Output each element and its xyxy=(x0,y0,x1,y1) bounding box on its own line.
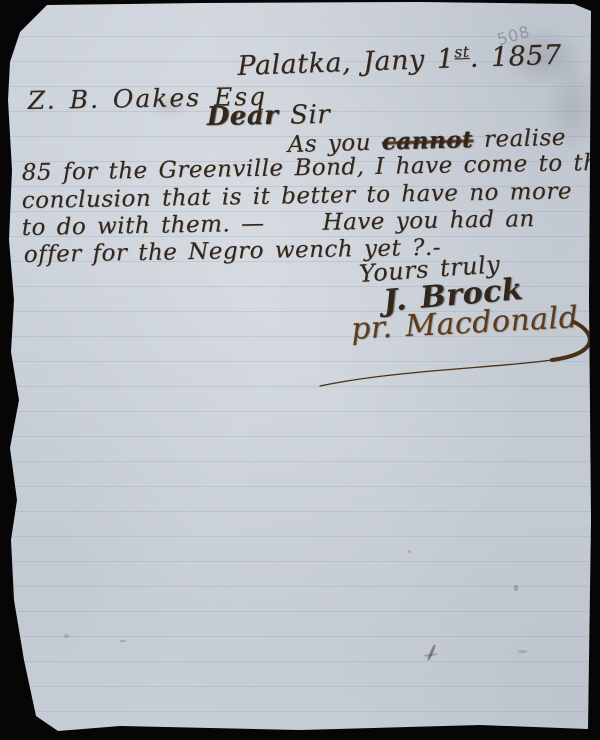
salutation-line: Dear Sir xyxy=(206,100,330,132)
letter-paper: 508 Palatka, Jany 1st. 1857 Z. B. Oakes … xyxy=(0,0,600,740)
ink-speck xyxy=(64,634,69,638)
body-line-1-post: realise xyxy=(473,125,566,153)
salutation-word-sir: Sir xyxy=(278,100,330,131)
body-line-4-first-phrase: to do with them. — xyxy=(22,211,265,241)
photo-background: 508 Palatka, Jany 1st. 1857 Z. B. Oakes … xyxy=(0,0,600,740)
signature-flourish xyxy=(306,320,598,398)
ink-speck xyxy=(514,585,518,591)
body-line-4-second-phrase: Have you had an xyxy=(322,206,535,236)
date-ordinal: st xyxy=(454,42,470,62)
date-year: . 1857 xyxy=(469,40,562,74)
salutation-word-dear: Dear xyxy=(206,101,278,132)
ink-speck xyxy=(518,650,527,653)
ink-speck xyxy=(408,550,411,553)
ink-speck xyxy=(120,640,126,642)
body-line-1-blotted-word: cannot xyxy=(381,126,473,155)
